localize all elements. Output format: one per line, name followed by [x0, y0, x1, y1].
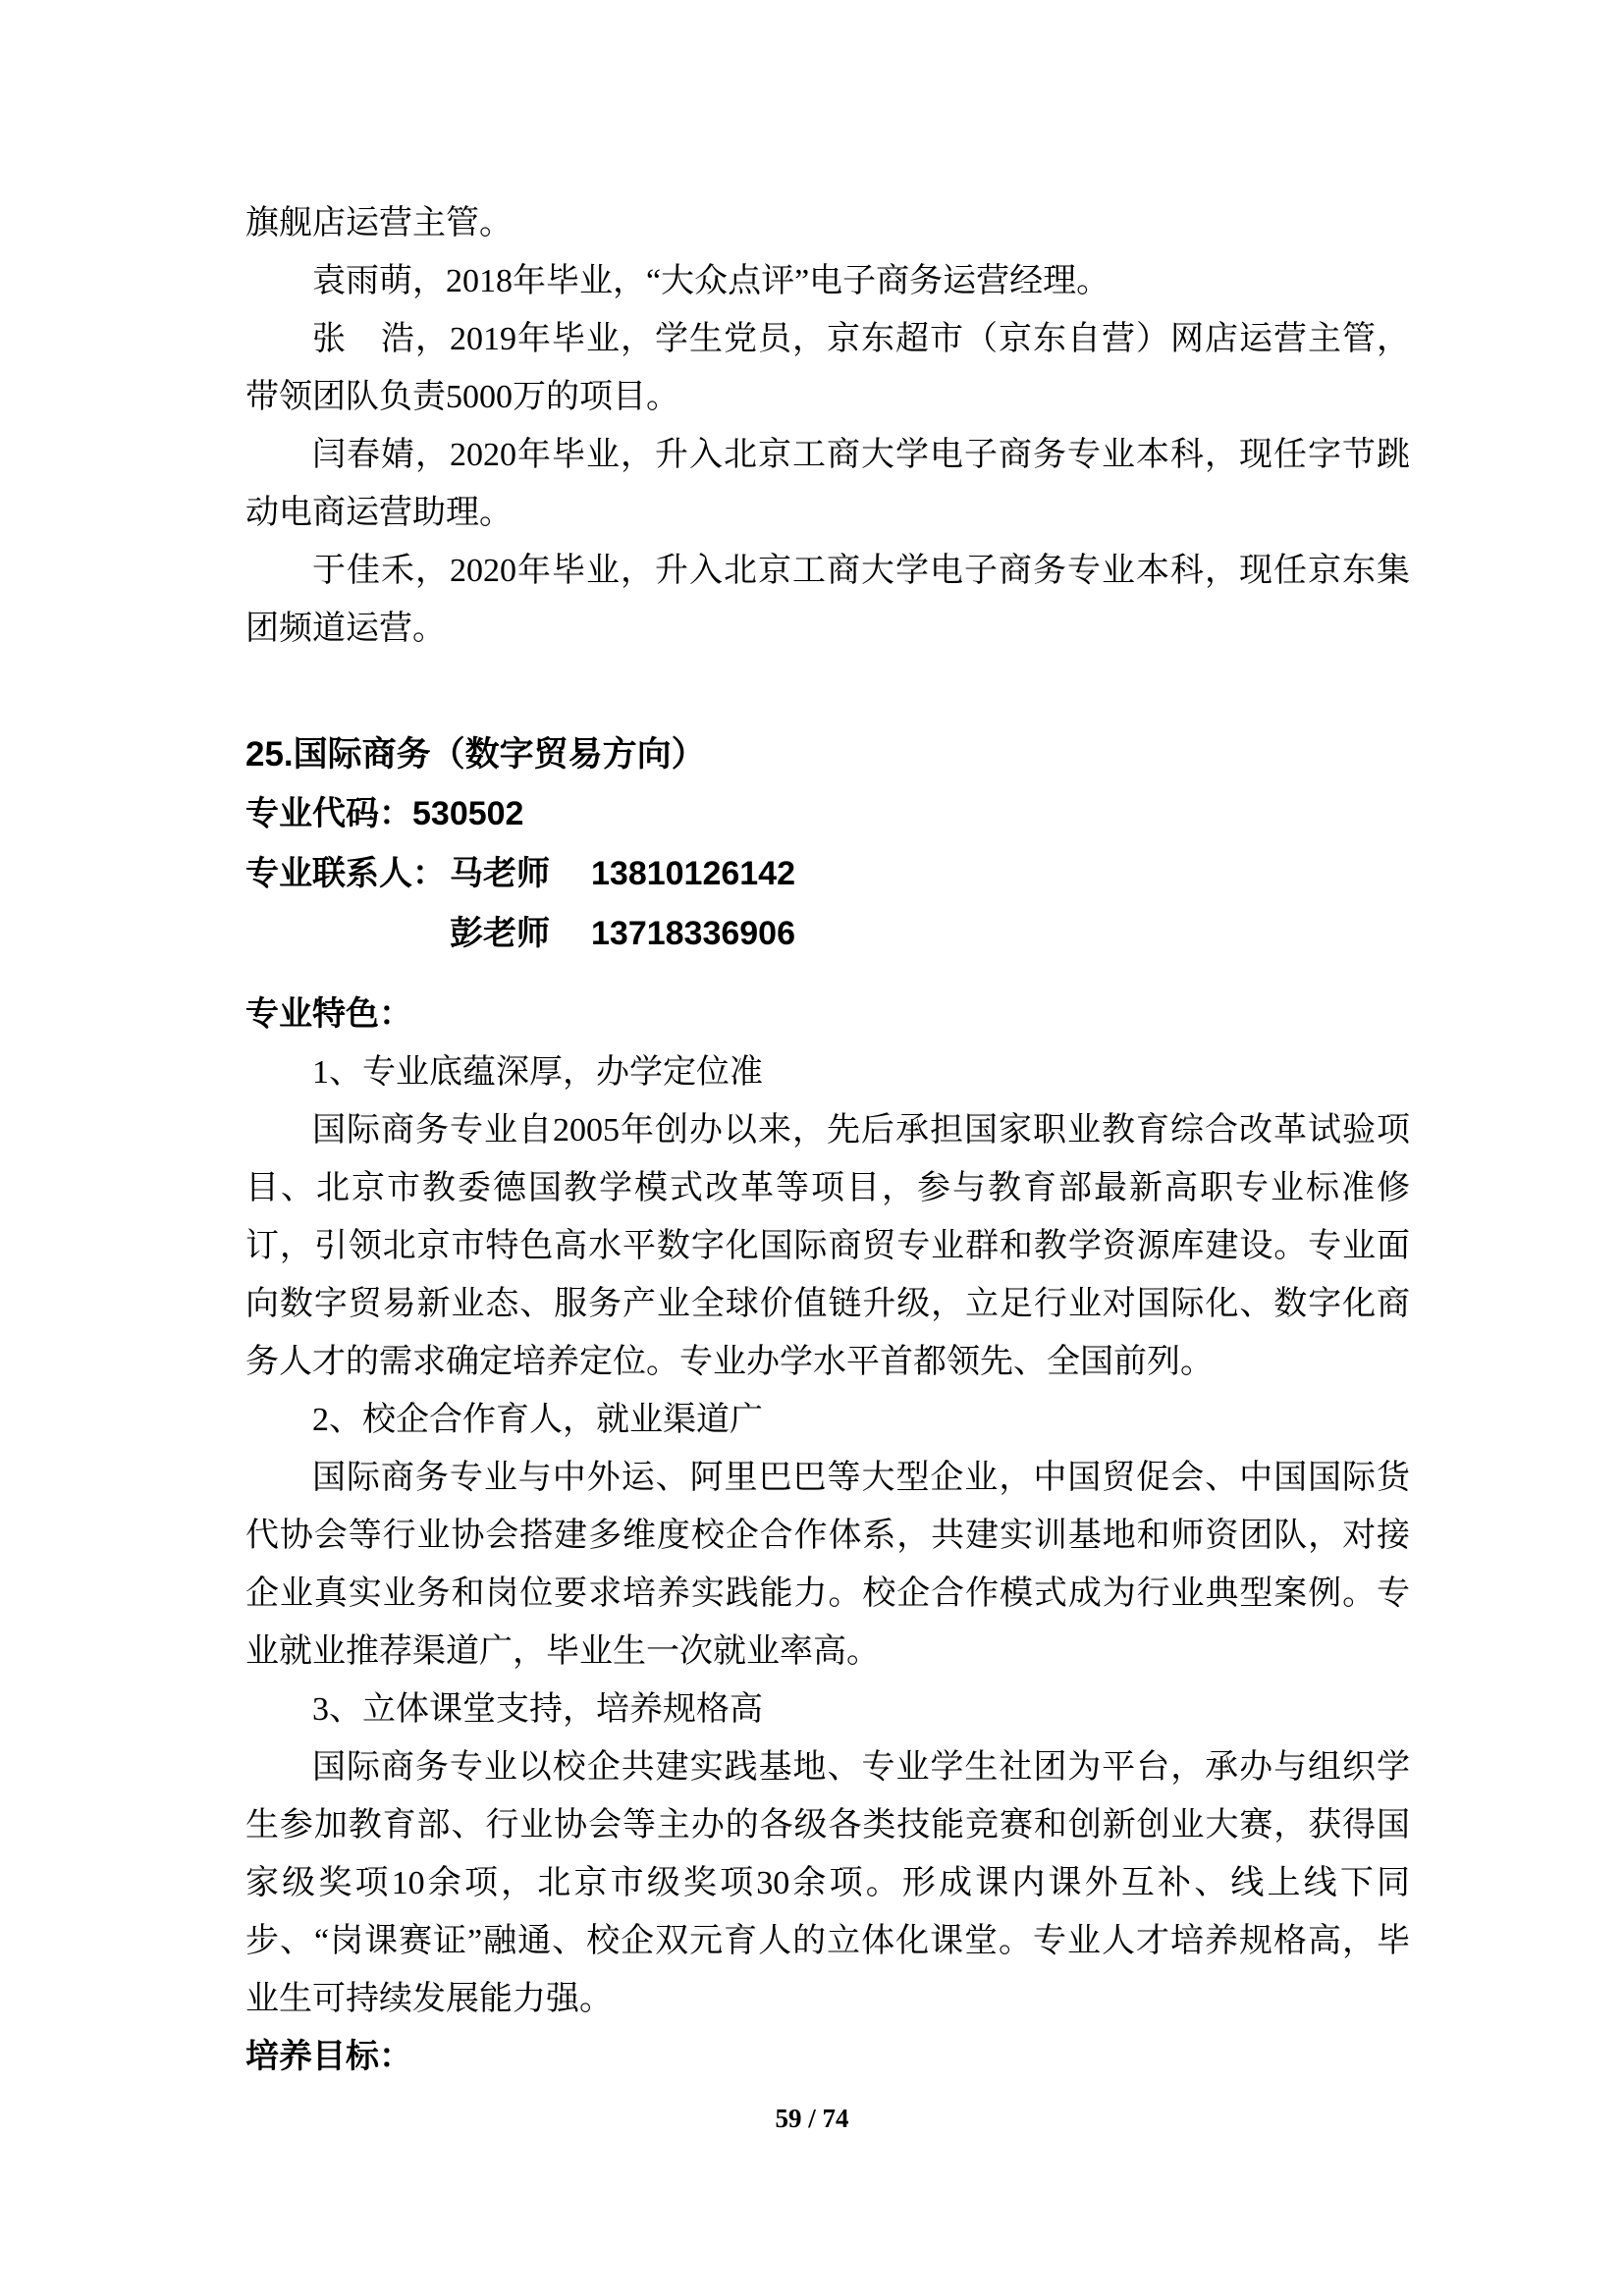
alumni-outcomes-section: 旗舰店运营主管。 袁雨萌，2018年毕业，“大众点评”电子商务运营经理。 张 浩…	[245, 194, 1410, 658]
features-section: 专业特色： 1、专业底蕴深厚，办学定位准 国际商务专业自2005年创办以来，先后…	[245, 986, 1410, 2028]
alumni-paragraph: 闫春婧，2020年毕业，升入北京工商大学电子商务专业本科，现任字节跳动电商运营助…	[245, 426, 1410, 542]
objectives-section: 培养目标：	[245, 2028, 1410, 2086]
major-title: 25.国际商务（数字贸易方向）	[245, 724, 1410, 784]
objectives-heading: 培养目标：	[245, 2028, 1410, 2086]
contact-name: 马老师	[450, 844, 550, 904]
contact-row-primary: 专业联系人： 马老师 13810126142	[245, 844, 1410, 904]
contact-phone: 13718336906	[591, 904, 795, 964]
feature-subtitle: 2、校企合作育人，就业渠道广	[245, 1391, 1410, 1449]
alumni-paragraph: 张 浩，2019年毕业，学生党员，京东超市（京东自营）网店运营主管，带领团队负责…	[245, 310, 1410, 426]
contact-name: 彭老师	[450, 904, 550, 964]
document-page: 旗舰店运营主管。 袁雨萌，2018年毕业，“大众点评”电子商务运营经理。 张 浩…	[0, 0, 1624, 2296]
major-code-label: 专业代码：	[245, 795, 412, 832]
alumni-paragraph: 于佳禾，2020年毕业，升入北京工商大学电子商务专业本科，现任京东集团频道运营。	[245, 542, 1410, 658]
contacts-label: 专业联系人：	[245, 844, 450, 904]
page-footer: 59 / 74	[0, 2103, 1624, 2134]
alumni-paragraph: 袁雨萌，2018年毕业，“大众点评”电子商务运营经理。	[245, 252, 1410, 310]
page-number: 59 / 74	[775, 2104, 848, 2133]
features-heading: 专业特色：	[245, 986, 1410, 1043]
contact-row-secondary: 彭老师 13718336906	[245, 904, 1410, 964]
page-content: 旗舰店运营主管。 袁雨萌，2018年毕业，“大众点评”电子商务运营经理。 张 浩…	[245, 194, 1410, 2086]
feature-subtitle: 3、立体课堂支持，培养规格高	[245, 1681, 1410, 1738]
major-section: 25.国际商务（数字贸易方向） 专业代码：530502 专业联系人： 马老师 1…	[245, 724, 1410, 964]
feature-body: 国际商务专业自2005年创办以来，先后承担国家职业教育综合改革试验项目、北京市教…	[245, 1101, 1410, 1391]
alumni-paragraph-continuation: 旗舰店运营主管。	[245, 194, 1410, 252]
contact-phone: 13810126142	[591, 844, 795, 904]
feature-item: 3、立体课堂支持，培养规格高 国际商务专业以校企共建实践基地、专业学生社团为平台…	[245, 1681, 1410, 2028]
feature-item: 1、专业底蕴深厚，办学定位准 国际商务专业自2005年创办以来，先后承担国家职业…	[245, 1043, 1410, 1391]
major-code-value: 530502	[412, 795, 523, 832]
feature-body: 国际商务专业以校企共建实践基地、专业学生社团为平台，承办与组织学生参加教育部、行…	[245, 1738, 1410, 2028]
feature-item: 2、校企合作育人，就业渠道广 国际商务专业与中外运、阿里巴巴等大型企业，中国贸促…	[245, 1391, 1410, 1681]
feature-body: 国际商务专业与中外运、阿里巴巴等大型企业，中国贸促会、中国国际货代协会等行业协会…	[245, 1449, 1410, 1681]
feature-subtitle: 1、专业底蕴深厚，办学定位准	[245, 1043, 1410, 1101]
major-code-line: 专业代码：530502	[245, 784, 1410, 844]
